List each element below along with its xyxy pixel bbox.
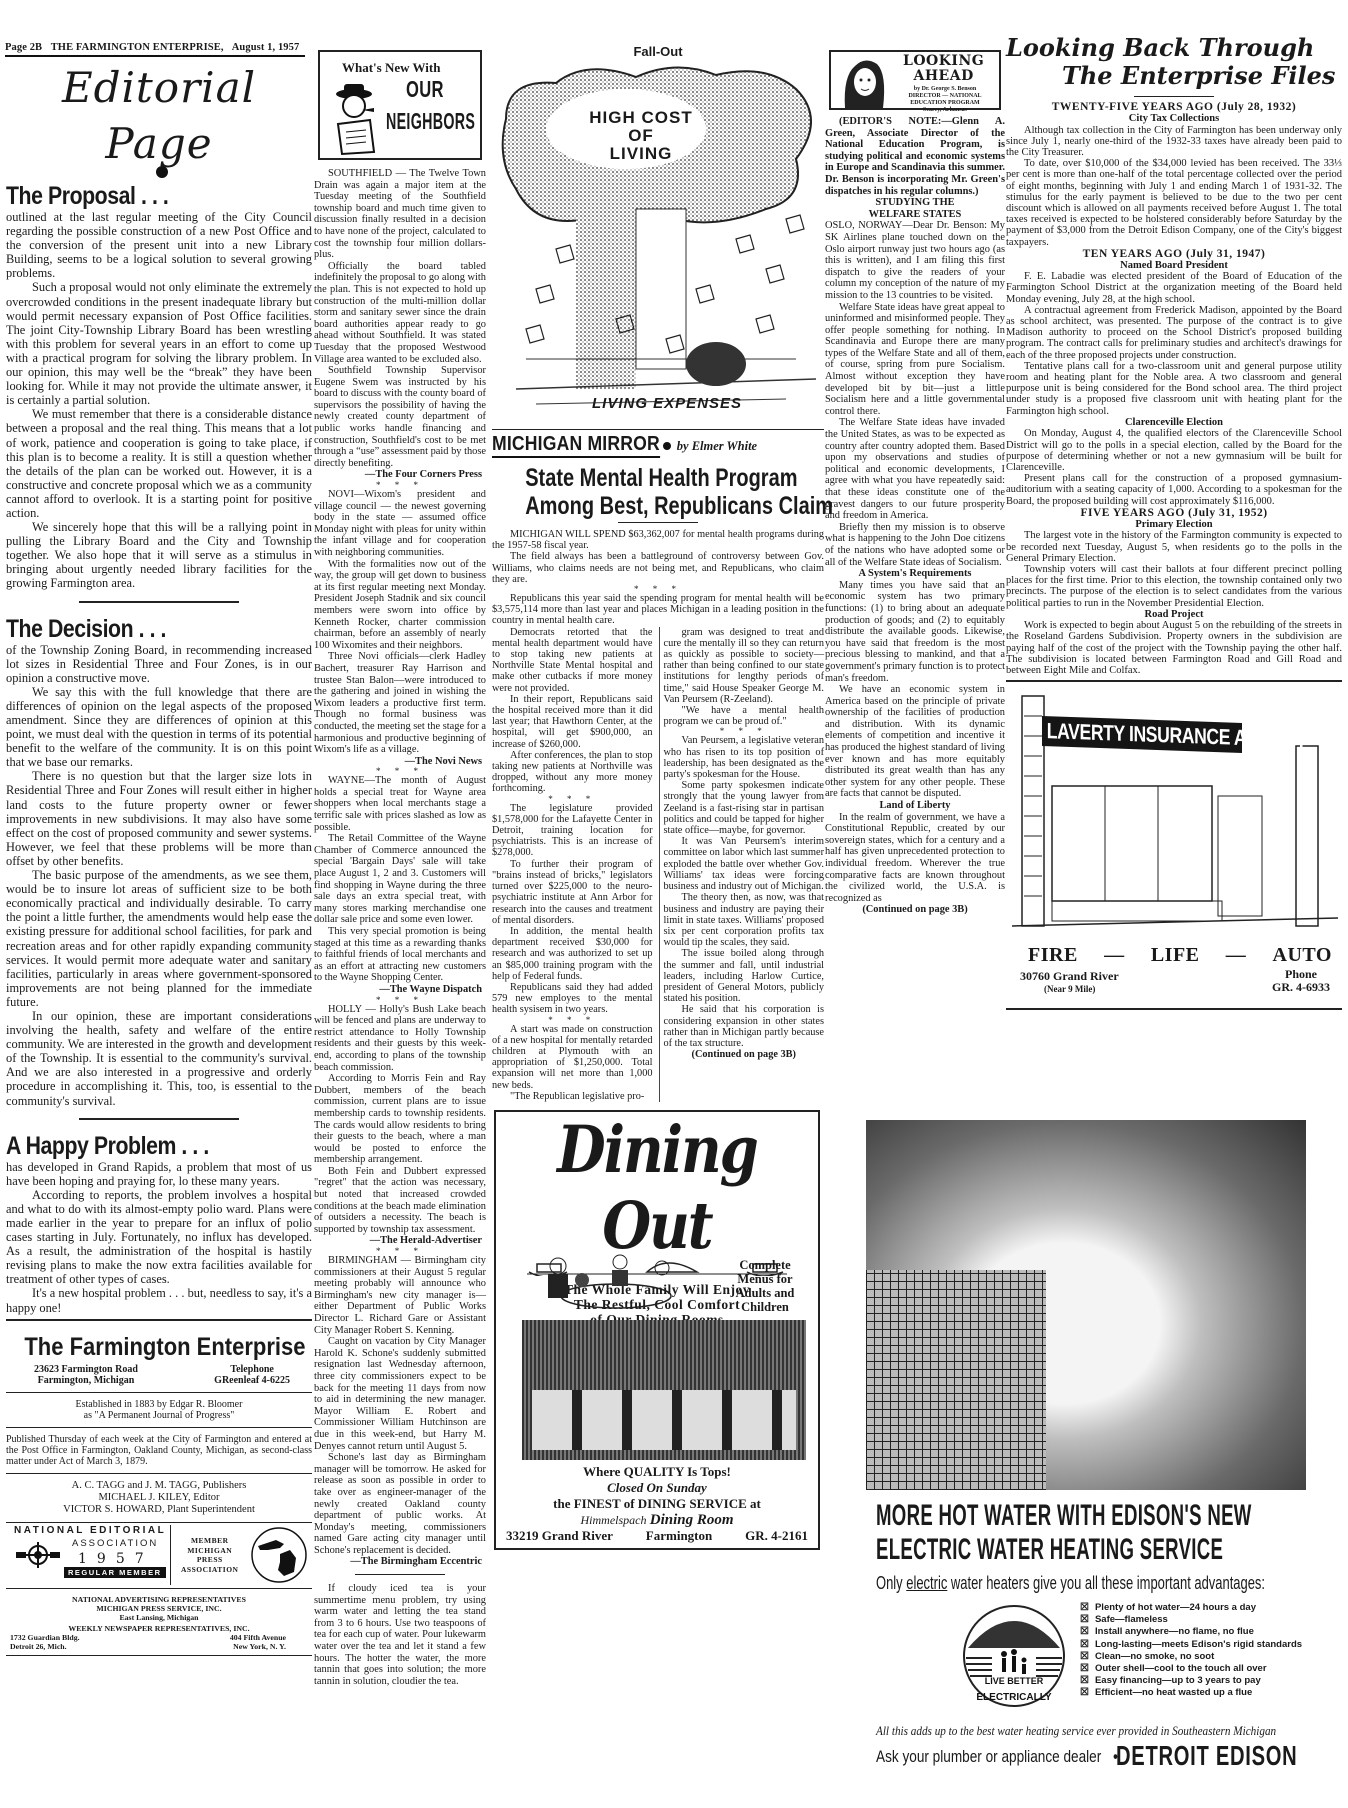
news-item: Caught on vacation by City Manager Harol…: [314, 1336, 486, 1452]
bullet-dot-icon: [663, 442, 671, 450]
paragraph: A contractual agreement from Frederick M…: [1006, 305, 1342, 361]
mpa-line: PRESS: [181, 1555, 238, 1565]
paragraph: Some party spokesmen indicate strongly t…: [664, 780, 825, 836]
mpa-line: MEMBER: [181, 1536, 238, 1546]
byline: by Elmer White: [677, 439, 757, 453]
ad-lead: Only electric water heaters give you all…: [876, 1573, 1265, 1594]
benefit-item: Clean—no smoke, no soot: [1080, 1651, 1302, 1663]
paragraph: On Monday, August 4, the qualified elect…: [1006, 428, 1342, 473]
period-heading: TWENTY-FIVE YEARS AGO (July 28, 1932): [1006, 101, 1342, 113]
looking-ahead-header: LOOKING AHEAD by Dr. George S. Benson DI…: [829, 50, 1001, 110]
ground-label: LIVING EXPENSES: [592, 395, 742, 412]
paragraph: In our opinion, these are important cons…: [6, 1009, 312, 1108]
ad-line: Adults and: [720, 1286, 810, 1300]
ad-tagline: All this adds up to the best water heati…: [876, 1723, 1276, 1739]
paragraph: In the realm of government, we have a Co…: [825, 812, 1005, 905]
paragraph: The theory then, as now, was that busine…: [664, 892, 825, 948]
masthead-title: The Farmington Enterprise: [24, 1333, 293, 1362]
headline-line: State Mental Health Program: [525, 464, 791, 492]
column-name: MICHIGAN MIRROR: [492, 433, 660, 458]
editorial-decision: The Decision . . . of the Township Zonin…: [6, 615, 312, 1108]
mpa-line: ASSOCIATION: [181, 1565, 238, 1575]
paragraph: Briefly then my mission is to observe wh…: [825, 522, 1005, 568]
paragraph: A start was made on construction of a ne…: [492, 1024, 653, 1091]
separator-stars: * * *: [314, 481, 486, 489]
newspaper-name: THE FARMINGTON ENTERPRISE,: [51, 42, 224, 53]
cta-text: Ask your plumber or appliance dealer: [876, 1747, 1101, 1766]
continued-note: (Continued on page 3B): [664, 1049, 825, 1060]
paragraph: The largest vote in the history of the F…: [1006, 530, 1342, 564]
issue-date: August 1, 1957: [232, 42, 300, 53]
center-column: Fall-Out HIGH COST: [492, 44, 824, 1550]
benefit-item: Plenty of hot water—24 hours a day: [1080, 1602, 1302, 1614]
cloud-label: LIVING: [586, 145, 696, 163]
looking-back-column: Looking Back Through The Enterprise File…: [1006, 34, 1342, 1010]
paragraph: It's a new hospital problem . . . but, n…: [6, 1286, 312, 1314]
association-badges: NATIONAL EDITORIAL ASSOCIATION 1957 REGU…: [6, 1522, 312, 1588]
restaurant-city: Farmington: [646, 1528, 712, 1544]
separator: —: [1226, 944, 1247, 967]
paragraph: We sincerely hope that this will be a ra…: [6, 520, 312, 590]
paragraph: In their report, Republicans said the ho…: [492, 694, 653, 750]
separator-stars: * * *: [314, 1247, 486, 1255]
cloud-label: HIGH COST: [586, 109, 696, 127]
reps-address: 1732 Guardian Bldg.: [10, 1633, 80, 1642]
paragraph: gram was designed to treat and cure the …: [664, 627, 825, 705]
benefit-item: Easy financing—up to 3 years to pay: [1080, 1675, 1302, 1687]
news-item: Schone's last day as Birmingham manager …: [314, 1452, 486, 1556]
section-heading-line: WELFARE STATES: [825, 209, 1005, 221]
neighbors-header: What's New With OUR NEIGHBORS: [318, 50, 482, 160]
paragraph: Welfare State ideas have great appeal to…: [825, 302, 1005, 418]
news-item: Officially the board tabled indefinitely…: [314, 261, 486, 365]
mpa-line: MICHIGAN: [181, 1546, 238, 1556]
news-item: SOUTHFIELD — The Twelve Town Drain was a…: [314, 168, 486, 261]
masthead: The Farmington Enterprise 23623 Farmingt…: [6, 1319, 312, 1656]
column-title: LOOKING: [903, 54, 984, 69]
item-heading: Named Board President: [1006, 260, 1342, 272]
news-item: Both Fein and Dubbert expressed "regret"…: [314, 1166, 486, 1236]
subheading: Land of Liberty: [825, 800, 1005, 812]
editors-note: (EDITOR'S NOTE:—Glenn A. Green, Associat…: [825, 116, 1005, 197]
ad-call-to-action: Ask your plumber or appliance dealer •: [876, 1747, 1118, 1767]
editorial-heading: A Happy Problem . . .: [6, 1132, 266, 1160]
lead-text: Only: [876, 1573, 906, 1593]
paragraph: Republicans this year said the spending …: [492, 593, 824, 627]
michigan-map-icon: [250, 1526, 308, 1584]
editorial-cartoon: HIGH COST OF LIVING LIVING EXPENSES: [496, 59, 820, 429]
news-item: BIRMINGHAM — Birmingham city commissione…: [314, 1255, 486, 1336]
cartoon-title: Fall-Out: [492, 44, 824, 59]
ad-headline: MORE HOT WATER WITH EDISON'S NEW: [876, 1500, 1252, 1532]
paragraph: There is no question but that the larger…: [6, 769, 312, 868]
editorial-happy-problem: A Happy Problem . . . has developed in G…: [6, 1132, 312, 1315]
paragraph: "We have a mental health program we can …: [664, 705, 825, 727]
restaurant-script-name: Himmelspach: [580, 1513, 646, 1527]
item-heading: City Tax Collections: [1006, 113, 1342, 125]
ad-line: the FINEST of DINING SERVICE at: [496, 1496, 818, 1512]
reps-heading: NATIONAL ADVERTISING REPRESENTATIVES: [6, 1595, 312, 1604]
paragraph: The basic purpose of the amendments, as …: [6, 868, 312, 1009]
paragraph: Work is expected to begin about August 5…: [1006, 620, 1342, 676]
editorial-proposal: The Proposal . . . outlined at the last …: [6, 182, 312, 591]
benefits-list: Plenty of hot water—24 hours a day Safe—…: [1080, 1602, 1302, 1700]
neighbors-header-title: NEIGHBORS: [386, 108, 475, 135]
mirror-article: MICHIGAN WILL SPEND $63,362,007 for ment…: [492, 529, 824, 1102]
news-item: HOLLY — Holly's Bush Lake beach will be …: [314, 1004, 486, 1074]
news-source: —The Birmingham Eccentric: [314, 1556, 486, 1568]
reps-line: East Lansing, Michigan: [6, 1613, 312, 1622]
editor: MICHAEL J. KILEY, Editor: [6, 1492, 312, 1504]
restaurant-name: Dining Room: [650, 1512, 734, 1528]
paragraph: According to reports, the problem involv…: [6, 1188, 312, 1287]
headline-line: Among Best, Republicans Claim: [525, 492, 791, 520]
live-better-electrically-logo-icon: LIVE BETTER ELECTRICALLY: [962, 1604, 1066, 1708]
editorial-column: Editorial Page The Proposal . . . outlin…: [6, 60, 312, 1656]
paragraph: Many times you have said that an economi…: [825, 580, 1005, 684]
restaurant-address: 33219 Grand River: [506, 1528, 613, 1544]
separator-stars: * * *: [314, 767, 486, 775]
separator: —: [1104, 944, 1125, 967]
news-source: —The Wayne Dispatch: [314, 984, 486, 996]
paragraph: OSLO, NORWAY—Dear Dr. Benson: My SK Airl…: [825, 220, 1005, 301]
ad-line: Complete: [720, 1258, 810, 1272]
ship-wheel-emblem-icon: [14, 1541, 62, 1569]
neighbors-column: What's New With OUR NEIGHBORS SOUTHFIELD…: [314, 50, 486, 1687]
continued-note: (Continued on page 3B): [825, 904, 1005, 916]
paragraph: Tentative plans call for a two-classroom…: [1006, 361, 1342, 417]
dining-out-logo: Dining Out: [496, 1112, 818, 1264]
benefit-item: Long-lasting—meets Edison's rigid standa…: [1080, 1639, 1302, 1651]
ad-line: Closed On Sunday: [496, 1480, 818, 1496]
divider: [79, 601, 239, 603]
reps-line: WEEKLY NEWSPAPER REPRESENTATIVES, INC.: [6, 1624, 312, 1633]
period-heading: FIVE YEARS AGO (July 31, 1952): [1006, 507, 1342, 519]
lead-emphasis: electric: [906, 1573, 947, 1593]
cloud-label: OF: [586, 127, 696, 145]
title-line: The Enterprise Files: [1006, 62, 1342, 90]
divider: [79, 1118, 239, 1120]
page-folio: Page 2B THE FARMINGTON ENTERPRISE, Augus…: [5, 42, 305, 57]
news-item: This very special promotion is being sta…: [314, 926, 486, 984]
reps-line: MICHIGAN PRESS SERVICE, INC.: [6, 1604, 312, 1613]
masthead-phone-label: Telephone: [214, 1364, 290, 1375]
news-item: NOVI—Wixom's president and village counc…: [314, 489, 486, 559]
motto-line: as "A Permanent Journal of Progress": [6, 1410, 312, 1421]
author-role: DIRECTOR — NATIONAL EDUCATION PROGRAM: [897, 93, 993, 107]
lead-text: water heaters give you all these importa…: [947, 1573, 1265, 1593]
dining-out-ad: Dining Out The Whole Family Will Enjoy T…: [494, 1110, 820, 1550]
nea-name: NATIONAL EDITORIAL: [14, 1525, 170, 1536]
divider: [618, 522, 698, 523]
benefit-item: Safe—flameless: [1080, 1614, 1302, 1626]
editorial-page-title: Editorial Page: [6, 60, 312, 172]
author: by Dr. George S. Benson: [897, 86, 993, 93]
benefit-item: Install anywhere—no flame, no flue: [1080, 1626, 1302, 1638]
restaurant-phone: GR. 4-2161: [745, 1528, 808, 1544]
neighbors-header-our: OUR: [406, 76, 444, 103]
paragraph: outlined at the last regular meeting of …: [6, 210, 312, 280]
editorial-heading: The Decision . . .: [6, 615, 266, 643]
paragraph: After conferences, the plan to stop taki…: [492, 750, 653, 795]
logo-text: LIVE BETTER: [985, 1676, 1044, 1686]
paragraph: He said that his corporation is consider…: [664, 1004, 825, 1049]
mpa-member-badge: MEMBER MICHIGAN PRESS ASSOCIATION: [171, 1526, 312, 1584]
laverty-insurance-ad: LAVERTY INSURANCE AGENCY FIRE — LIFE — A…: [1006, 680, 1342, 1010]
news-item: With the formalities now out of the way,…: [314, 559, 486, 652]
ad-line: Menus for: [720, 1272, 810, 1286]
title-line: Looking Back Through: [1006, 34, 1342, 62]
news-item: The Retail Committee of the Wayne Chambe…: [314, 833, 486, 926]
benefit-item: Efficient—no heat wasted up a flue: [1080, 1687, 1302, 1699]
publishers: A. C. TAGG and J. M. TAGG, Publishers: [6, 1480, 312, 1492]
neighbors-items: SOUTHFIELD — The Twelve Town Drain was a…: [314, 168, 486, 1687]
coverage-fire: FIRE: [1028, 944, 1078, 967]
family-dining-illustration-icon: [536, 1252, 686, 1316]
news-item: Southfield Township Supervisor Eugene Sw…: [314, 365, 486, 469]
section-heading-line: STUDYING THE: [825, 197, 1005, 209]
michigan-mirror-header: MICHIGAN MIRROR by Elmer White: [492, 429, 824, 458]
paragraph: The Welfare State ideas have invaded the…: [825, 417, 1005, 521]
paragraph: Township voters will cast their ballots …: [1006, 564, 1342, 609]
detroit-edison-ad: MORE HOT WATER WITH EDISON'S NEW ELECTRI…: [866, 1120, 1348, 1808]
news-item: Three Novi officials—clerk Hadley Bacher…: [314, 651, 486, 755]
benefit-item: Outer shell—cool to the touch all over: [1080, 1663, 1302, 1675]
masthead-address: 23623 Farmington Road: [34, 1364, 138, 1375]
divider: [1134, 96, 1214, 97]
publication-notice: Published Thursday of each week at the C…: [6, 1427, 312, 1473]
paragraph: To further their program of "brains inst…: [492, 859, 653, 926]
reps-city: New York, N. Y.: [233, 1642, 286, 1651]
nea-association: ASSOCIATION: [72, 1538, 158, 1549]
paragraph: of the Township Zoning Board, in recomme…: [6, 643, 312, 685]
paragraph: Such a proposal would not only eliminate…: [6, 280, 312, 407]
paragraph: In addition, the mental health departmen…: [492, 926, 653, 982]
coverage-life: LIFE: [1151, 944, 1200, 967]
masthead-city: Farmington, Michigan: [34, 1375, 138, 1386]
regular-member-label: REGULAR MEMBER: [64, 1567, 166, 1578]
paragraph: We must remember that there is a conside…: [6, 407, 312, 520]
man-reading-newspaper-icon: [328, 80, 386, 156]
ad-headline: ELECTRIC WATER HEATING SERVICE: [876, 1534, 1223, 1566]
paragraph: The field always has been a battleground…: [492, 551, 824, 585]
paragraph: "The Republican legislative pro-: [492, 1091, 653, 1102]
author-place: Searcy, Arkansas: [897, 107, 993, 114]
news-item: WAYNE—The month of August holds a specia…: [314, 775, 486, 833]
item-heading: Clarenceville Election: [1006, 417, 1342, 429]
page-number: Page 2B: [5, 42, 42, 53]
paragraph: has developed in Grand Rapids, a problem…: [6, 1160, 312, 1188]
paragraph: Present plans call for the construction …: [1006, 473, 1342, 507]
paragraph: Democrats retorted that the mental healt…: [492, 627, 653, 694]
period-heading: TEN YEARS AGO (July 31, 1947): [1006, 248, 1342, 260]
item-heading: Primary Election: [1006, 519, 1342, 531]
paragraph: The legislature provided $1,578,000 for …: [492, 803, 653, 859]
separator-stars: * * *: [492, 585, 824, 593]
paragraph: We have an economic system in America ba…: [825, 684, 1005, 800]
coverage-auto: AUTO: [1273, 944, 1332, 967]
looking-back-title: Looking Back Through The Enterprise File…: [1006, 34, 1342, 90]
ad-line: Children: [720, 1300, 810, 1314]
advertiser-brand: DETROIT EDISON: [1116, 1740, 1297, 1772]
article-headline: State Mental Health Program Among Best, …: [525, 464, 791, 520]
paragraph: Van Peursem, a legislative veteran who h…: [664, 735, 825, 780]
paragraph: The issue boiled along through the summe…: [664, 948, 825, 1004]
agency-landmark: (Near 9 Mile): [1020, 983, 1119, 996]
paragraph: To date, over $10,000 of the $34,000 lev…: [1006, 158, 1342, 248]
nea-member-badge: NATIONAL EDITORIAL ASSOCIATION 1957 REGU…: [6, 1525, 171, 1585]
separator-stars: * * *: [492, 795, 653, 803]
reps-city: Detroit 26, Mich.: [10, 1642, 67, 1651]
column-title: AHEAD: [903, 69, 984, 84]
established-line: Established in 1883 by Edgar R. Bloomer: [6, 1399, 312, 1410]
masthead-phone: GReenleaf 4-6225: [214, 1375, 290, 1386]
nea-year: 1957: [78, 1551, 154, 1567]
paragraph: Although tax collection in the City of F…: [1006, 125, 1342, 159]
separator-stars: * * *: [492, 1016, 653, 1024]
agency-address: 30760 Grand River: [1020, 970, 1119, 983]
news-item: According to Morris Fein and Ray Dubbert…: [314, 1073, 486, 1166]
ad-line: Where QUALITY Is Tops!: [496, 1464, 818, 1480]
separator-stars: * * *: [314, 996, 486, 1004]
paragraph: It was Van Peursem's interim committee o…: [664, 836, 825, 892]
separator-stars: * * *: [664, 727, 825, 735]
reps-address: 404 Fifth Avenue: [230, 1633, 286, 1642]
mother-washing-child-hair-photo: [866, 1120, 1306, 1490]
paragraph: We say this with the full knowledge that…: [6, 685, 312, 770]
item-heading: Road Project: [1006, 609, 1342, 621]
section-heading: STUDYING THE WELFARE STATES: [825, 197, 1005, 220]
subheading: A System's Requirements: [825, 568, 1005, 580]
tea-tip: If cloudy iced tea is your summertime me…: [314, 1583, 486, 1687]
paragraph: F. E. Labadie was elected president of t…: [1006, 271, 1342, 305]
editorial-heading: The Proposal . . .: [6, 182, 266, 210]
paragraph: MICHIGAN WILL SPEND $63,362,007 for ment…: [492, 529, 824, 551]
logo-text: ELECTRICALLY: [976, 1692, 1052, 1703]
author-portrait-icon: [837, 56, 891, 108]
agency-phone: GR. 4-6933: [1272, 981, 1330, 994]
divider: [355, 1574, 445, 1575]
neighbors-header-top: What's New With: [342, 60, 440, 76]
dining-room-photo: [522, 1320, 806, 1460]
plant-superintendent: VICTOR S. HOWARD, Plant Superintendent: [6, 1504, 312, 1516]
advertising-representatives: NATIONAL ADVERTISING REPRESENTATIVES MIC…: [6, 1588, 312, 1656]
paragraph: Republicans said they had added 579 new …: [492, 982, 653, 1016]
looking-ahead-column: LOOKING AHEAD by Dr. George S. Benson DI…: [825, 50, 1005, 916]
